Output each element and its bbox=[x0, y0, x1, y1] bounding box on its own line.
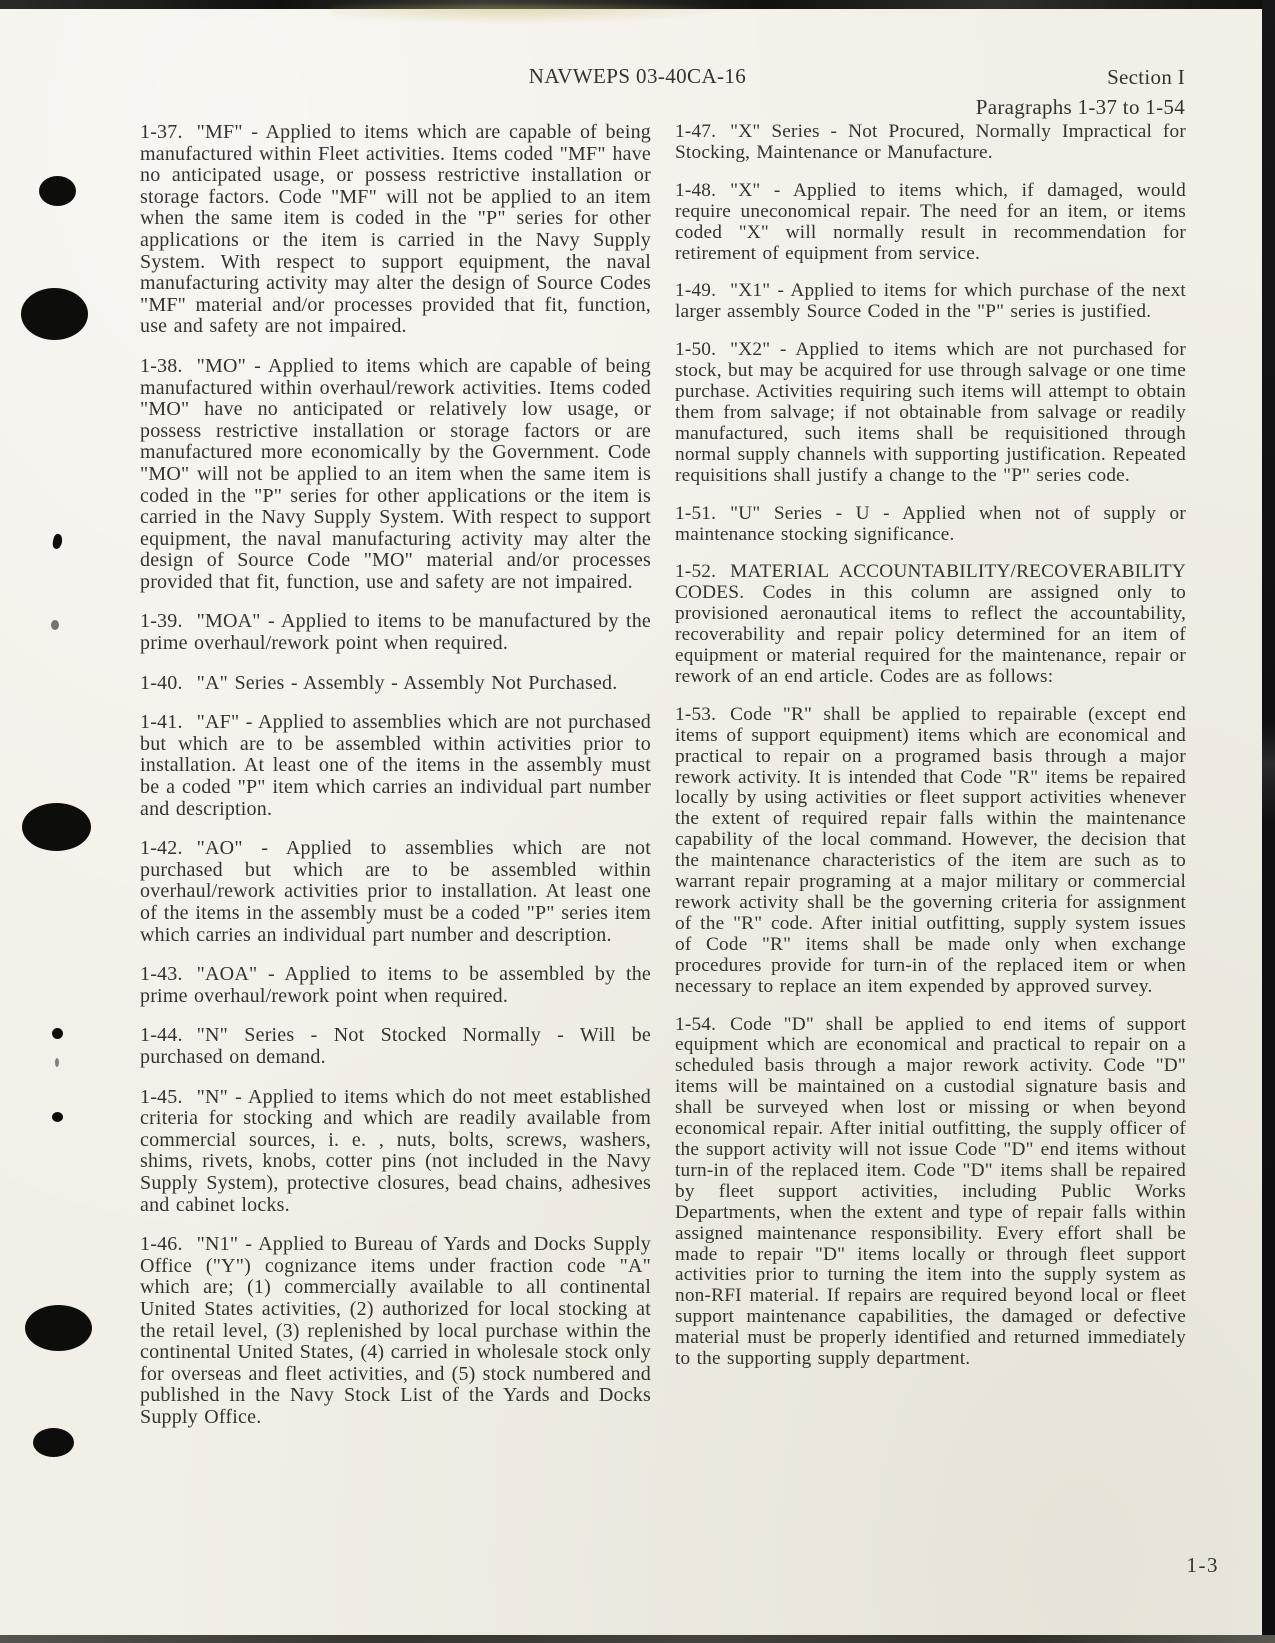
paragraph-text: "MOA" - Applied to items to be manufactu… bbox=[140, 610, 651, 654]
binder-hole-mark bbox=[25, 1305, 92, 1351]
page-body: 1-37."MF" - Applied to items which are c… bbox=[140, 122, 1186, 1446]
binder-hole-mark bbox=[39, 176, 76, 206]
paragraph-number: 1-49. bbox=[675, 280, 716, 301]
binder-hole-mark bbox=[21, 288, 88, 340]
paragraph-number: 1-40. bbox=[140, 672, 183, 694]
paragraph-1-40: 1-40."A" Series - Assembly - Assembly No… bbox=[140, 673, 651, 695]
scan-speck bbox=[52, 1028, 63, 1039]
paragraph-number: 1-41. bbox=[140, 711, 183, 733]
paragraph-1-53: 1-53.Code "R" shall be applied to repair… bbox=[675, 705, 1186, 998]
paragraph-text: "N" Series - Not Stocked Normally - Will… bbox=[140, 1024, 651, 1068]
paragraph-1-47: 1-47."X" Series - Not Procured, Normally… bbox=[675, 122, 1186, 164]
paragraph-number: 1-39. bbox=[140, 610, 183, 632]
scan-smudge bbox=[330, 5, 730, 23]
scan-speck bbox=[55, 1058, 59, 1067]
paragraph-text: "A" Series - Assembly - Assembly Not Pur… bbox=[197, 672, 618, 694]
paragraph-number: 1-52. bbox=[675, 561, 716, 582]
paragraph-text: "U" Series - U - Applied when not of sup… bbox=[675, 503, 1186, 545]
paragraph-number: 1-43. bbox=[140, 963, 183, 985]
page-number: 1-3 bbox=[1187, 1553, 1220, 1578]
paragraph-number: 1-50. bbox=[675, 339, 716, 360]
paragraph-number: 1-51. bbox=[675, 503, 716, 524]
paragraph-number: 1-37. bbox=[140, 121, 183, 143]
scan-speck bbox=[52, 1112, 63, 1122]
paragraph-text: "MO" - Applied to items which are capabl… bbox=[140, 355, 651, 593]
paragraph-text: "X2" - Applied to items which are not pu… bbox=[675, 339, 1186, 485]
paragraph-text: "X" Series - Not Procured, Normally Impr… bbox=[675, 121, 1186, 163]
paragraph-1-46: 1-46."N1" - Applied to Bureau of Yards a… bbox=[140, 1234, 651, 1428]
paragraph-number: 1-54. bbox=[675, 1014, 716, 1035]
paragraph-1-43: 1-43."AOA" - Applied to items to be asse… bbox=[140, 964, 651, 1007]
header-right-block: Section I Paragraphs 1-37 to 1-54 bbox=[976, 62, 1185, 122]
paragraph-1-37: 1-37."MF" - Applied to items which are c… bbox=[140, 122, 651, 338]
paragraph-1-45: 1-45."N" - Applied to items which do not… bbox=[140, 1087, 651, 1217]
paragraph-text: "AF" - Applied to assemblies which are n… bbox=[140, 711, 651, 819]
paragraph-1-49: 1-49."X1" - Applied to items for which p… bbox=[675, 281, 1186, 323]
paragraph-1-38: 1-38."MO" - Applied to items which are c… bbox=[140, 356, 651, 594]
paragraph-number: 1-45. bbox=[140, 1086, 183, 1108]
paragraph-text: "X1" - Applied to items for which purcha… bbox=[675, 280, 1186, 322]
paragraph-range: Paragraphs 1-37 to 1-54 bbox=[976, 92, 1185, 122]
right-column: 1-47."X" Series - Not Procured, Normally… bbox=[675, 122, 1186, 1446]
scan-edge-bottom-band bbox=[0, 1635, 1275, 1643]
binder-hole-mark bbox=[33, 1428, 74, 1457]
paragraph-1-44: 1-44."N" Series - Not Stocked Normally -… bbox=[140, 1025, 651, 1068]
paragraph-text: "N" - Applied to items which do not meet… bbox=[140, 1086, 651, 1216]
binder-hole-mark bbox=[22, 803, 91, 851]
paragraph-text: "AOA" - Applied to items to be assembled… bbox=[140, 963, 651, 1007]
paragraph-text: Code "R" shall be applied to repairable … bbox=[675, 704, 1186, 997]
paragraph-1-42: 1-42."AO" - Applied to assemblies which … bbox=[140, 838, 651, 946]
paragraph-text: MATERIAL ACCOUNTABILITY/RECOVERABILITY C… bbox=[675, 561, 1186, 687]
paragraph-1-50: 1-50."X2" - Applied to items which are n… bbox=[675, 340, 1186, 486]
section-title: Section I bbox=[976, 62, 1185, 92]
paragraph-1-54: 1-54.Code "D" shall be applied to end it… bbox=[675, 1015, 1186, 1370]
paragraph-text: "X" - Applied to items which, if damaged… bbox=[675, 180, 1186, 264]
paragraph-number: 1-44. bbox=[140, 1024, 183, 1046]
left-column: 1-37."MF" - Applied to items which are c… bbox=[140, 122, 651, 1446]
paragraph-text: Code "D" shall be applied to end items o… bbox=[675, 1014, 1186, 1370]
scan-speck bbox=[51, 620, 59, 630]
scan-edge-right-band bbox=[1262, 0, 1275, 1643]
paragraph-text: "AO" - Applied to assemblies which are n… bbox=[140, 837, 651, 945]
paragraph-number: 1-42. bbox=[140, 837, 183, 859]
paragraph-number: 1-47. bbox=[675, 121, 716, 142]
scan-speck bbox=[51, 533, 63, 550]
paragraph-1-52: 1-52.MATERIAL ACCOUNTABILITY/RECOVERABIL… bbox=[675, 562, 1186, 687]
paragraph-number: 1-38. bbox=[140, 355, 183, 377]
paragraph-number: 1-46. bbox=[140, 1233, 183, 1255]
paragraph-text: "MF" - Applied to items which are capabl… bbox=[140, 121, 651, 337]
paragraph-number: 1-53. bbox=[675, 704, 716, 725]
paragraph-1-39: 1-39."MOA" - Applied to items to be manu… bbox=[140, 611, 651, 654]
paragraph-1-48: 1-48."X" - Applied to items which, if da… bbox=[675, 181, 1186, 265]
paragraph-number: 1-48. bbox=[675, 180, 716, 201]
paragraph-1-41: 1-41."AF" - Applied to assemblies which … bbox=[140, 712, 651, 820]
paragraph-text: "N1" - Applied to Bureau of Yards and Do… bbox=[140, 1233, 651, 1428]
paragraph-1-51: 1-51."U" Series - U - Applied when not o… bbox=[675, 504, 1186, 546]
